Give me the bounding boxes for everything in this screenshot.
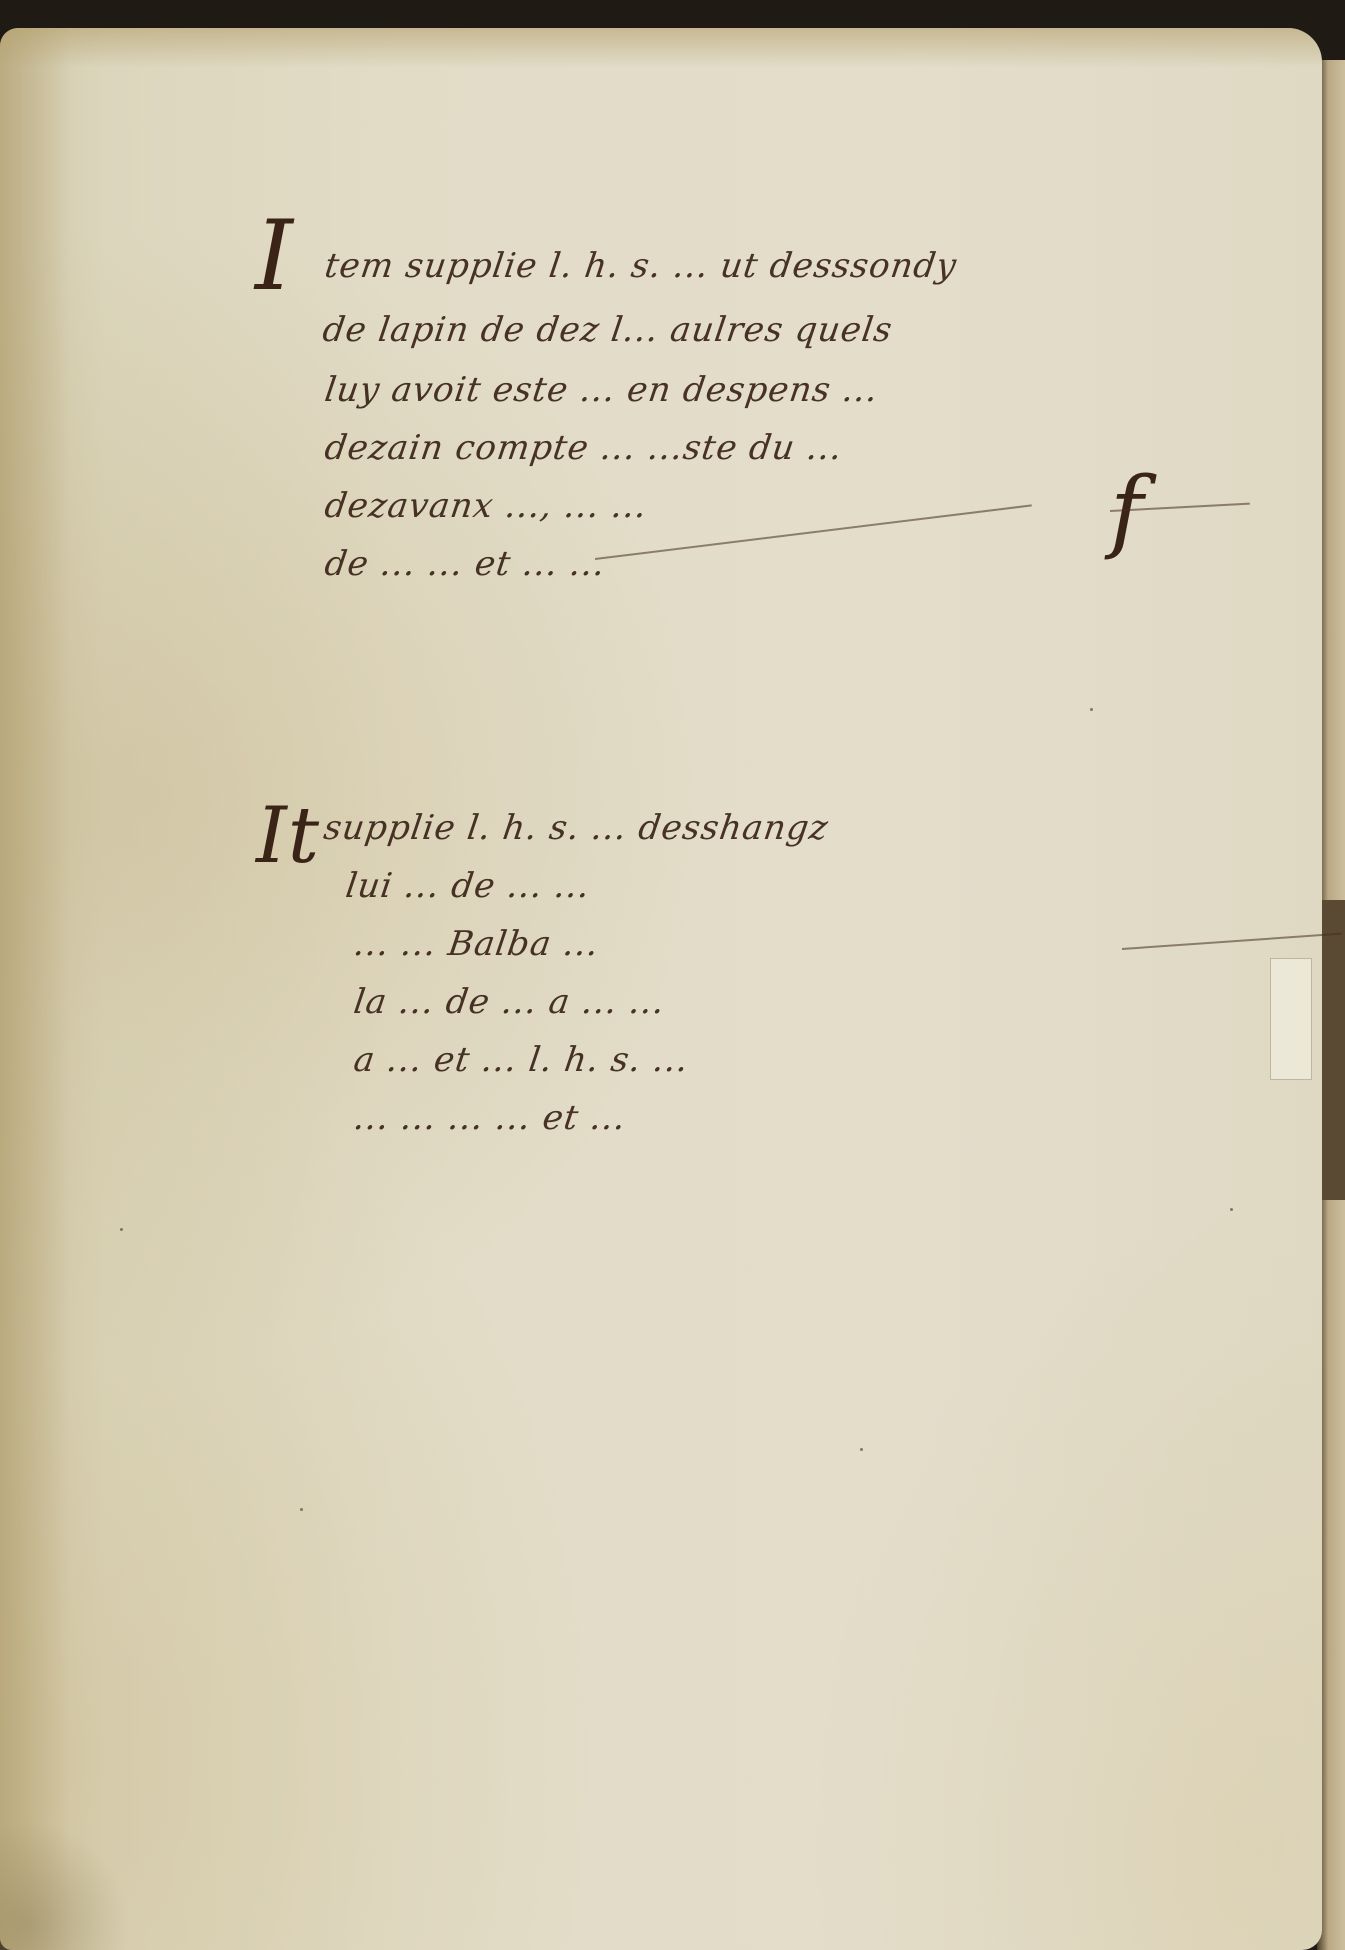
paper-speck	[300, 1508, 303, 1511]
entry-initial: It	[256, 788, 320, 884]
paper-repair-patch	[1270, 958, 1312, 1080]
folded-corner-bottom-left	[0, 1820, 130, 1950]
manuscript-entry-2: It supplie l. h. s. ... desshangz lui ..…	[262, 798, 1262, 1178]
manuscript-line: supplie l. h. s. ... desshangz	[321, 808, 831, 848]
manuscript-line: de lapin de dez l... aulres quels	[320, 310, 895, 350]
manuscript-line: de ... ... et ... ...	[322, 544, 608, 584]
marginal-mark: f	[1110, 458, 1230, 608]
paper-speck	[1090, 708, 1093, 711]
manuscript-line: tem supplie l. h. s. ... ut desssondy	[322, 246, 959, 286]
entry-initial: I	[255, 208, 294, 304]
paper-speck	[120, 1228, 123, 1231]
line-filler-stroke	[1122, 933, 1342, 950]
paper-speck	[1230, 1208, 1233, 1211]
manuscript-line: a ... et ... l. h. s. ...	[351, 1040, 691, 1080]
manuscript-line: dezavanx ..., ... ...	[322, 486, 650, 526]
manuscript-line: lui ... de ... ...	[343, 866, 593, 906]
water-stain-left-edge	[0, 28, 70, 1950]
torn-top-edge	[0, 28, 1322, 68]
manuscript-line: la ... de ... a ... ...	[351, 982, 667, 1022]
manuscript-line: ... ... Balba ...	[351, 924, 601, 964]
manuscript-line: luy avoit este ... en despens ...	[322, 370, 881, 410]
manuscript-page: I tem supplie l. h. s. ... ut desssondy …	[0, 28, 1322, 1950]
manuscript-line: ... ... ... ... et ...	[351, 1098, 629, 1138]
manuscript-entry-1: I tem supplie l. h. s. ... ut desssondy …	[265, 228, 1085, 628]
paper-speck	[860, 1448, 863, 1451]
manuscript-line: dezain compte ... ...ste du ...	[322, 428, 845, 468]
line-filler-stroke	[595, 504, 1032, 560]
